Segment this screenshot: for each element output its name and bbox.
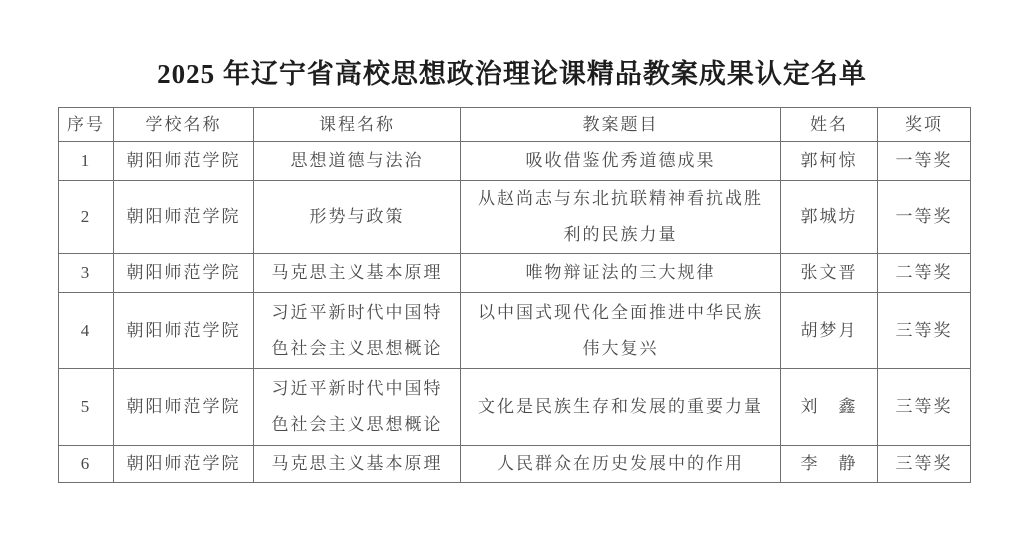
cell-name: 张文晋 [781, 254, 878, 293]
cell-index: 6 [59, 446, 114, 483]
column-header-course: 课程名称 [254, 108, 461, 142]
page-title: 2025 年辽宁省高校思想政治理论课精品教案成果认定名单 [0, 52, 1024, 91]
cell-name: 郭城坊 [781, 181, 878, 254]
table-row: 1 朝阳师范学院 思想道德与法治 吸收借鉴优秀道德成果 郭柯惊 一等奖 [59, 142, 971, 181]
cell-award: 一等奖 [878, 181, 971, 254]
cell-course: 习近平新时代中国特 色社会主义思想概论 [254, 369, 461, 446]
cell-plan-title: 人民群众在历史发展中的作用 [461, 446, 781, 483]
cell-index: 3 [59, 254, 114, 293]
cell-award: 二等奖 [878, 254, 971, 293]
cell-index: 2 [59, 181, 114, 254]
cell-index: 1 [59, 142, 114, 181]
cell-school: 朝阳师范学院 [114, 446, 254, 483]
cell-school: 朝阳师范学院 [114, 142, 254, 181]
document-page: 2025 年辽宁省高校思想政治理论课精品教案成果认定名单 序号 学校名称 课程名… [0, 0, 1024, 537]
cell-course: 思想道德与法治 [254, 142, 461, 181]
table-row: 4 朝阳师范学院 习近平新时代中国特 色社会主义思想概论 以中国式现代化全面推进… [59, 293, 971, 369]
cell-index: 5 [59, 369, 114, 446]
table-row: 5 朝阳师范学院 习近平新时代中国特 色社会主义思想概论 文化是民族生存和发展的… [59, 369, 971, 446]
cell-plan-title: 文化是民族生存和发展的重要力量 [461, 369, 781, 446]
cell-plan-title: 从赵尚志与东北抗联精神看抗战胜 利的民族力量 [461, 181, 781, 254]
cell-plan-title: 以中国式现代化全面推进中华民族 伟大复兴 [461, 293, 781, 369]
cell-school: 朝阳师范学院 [114, 181, 254, 254]
column-header-name: 姓名 [781, 108, 878, 142]
cell-course: 马克思主义基本原理 [254, 446, 461, 483]
cell-course: 马克思主义基本原理 [254, 254, 461, 293]
cell-course: 形势与政策 [254, 181, 461, 254]
cell-course: 习近平新时代中国特 色社会主义思想概论 [254, 293, 461, 369]
cell-name: 李 静 [781, 446, 878, 483]
cell-plan-title: 唯物辩证法的三大规律 [461, 254, 781, 293]
table-row: 6 朝阳师范学院 马克思主义基本原理 人民群众在历史发展中的作用 李 静 三等奖 [59, 446, 971, 483]
cell-name: 刘 鑫 [781, 369, 878, 446]
cell-award: 三等奖 [878, 446, 971, 483]
table-row: 3 朝阳师范学院 马克思主义基本原理 唯物辩证法的三大规律 张文晋 二等奖 [59, 254, 971, 293]
cell-name: 郭柯惊 [781, 142, 878, 181]
award-table: 序号 学校名称 课程名称 教案题目 姓名 奖项 1 朝阳师范学院 思想道德与法治… [58, 107, 971, 483]
cell-index: 4 [59, 293, 114, 369]
cell-school: 朝阳师范学院 [114, 293, 254, 369]
cell-name: 胡梦月 [781, 293, 878, 369]
cell-school: 朝阳师范学院 [114, 254, 254, 293]
cell-award: 三等奖 [878, 293, 971, 369]
column-header-award: 奖项 [878, 108, 971, 142]
cell-award: 一等奖 [878, 142, 971, 181]
cell-school: 朝阳师范学院 [114, 369, 254, 446]
table-header-row: 序号 学校名称 课程名称 教案题目 姓名 奖项 [59, 108, 971, 142]
column-header-school: 学校名称 [114, 108, 254, 142]
column-header-index: 序号 [59, 108, 114, 142]
column-header-plan-title: 教案题目 [461, 108, 781, 142]
cell-award: 三等奖 [878, 369, 971, 446]
table-row: 2 朝阳师范学院 形势与政策 从赵尚志与东北抗联精神看抗战胜 利的民族力量 郭城… [59, 181, 971, 254]
cell-plan-title: 吸收借鉴优秀道德成果 [461, 142, 781, 181]
